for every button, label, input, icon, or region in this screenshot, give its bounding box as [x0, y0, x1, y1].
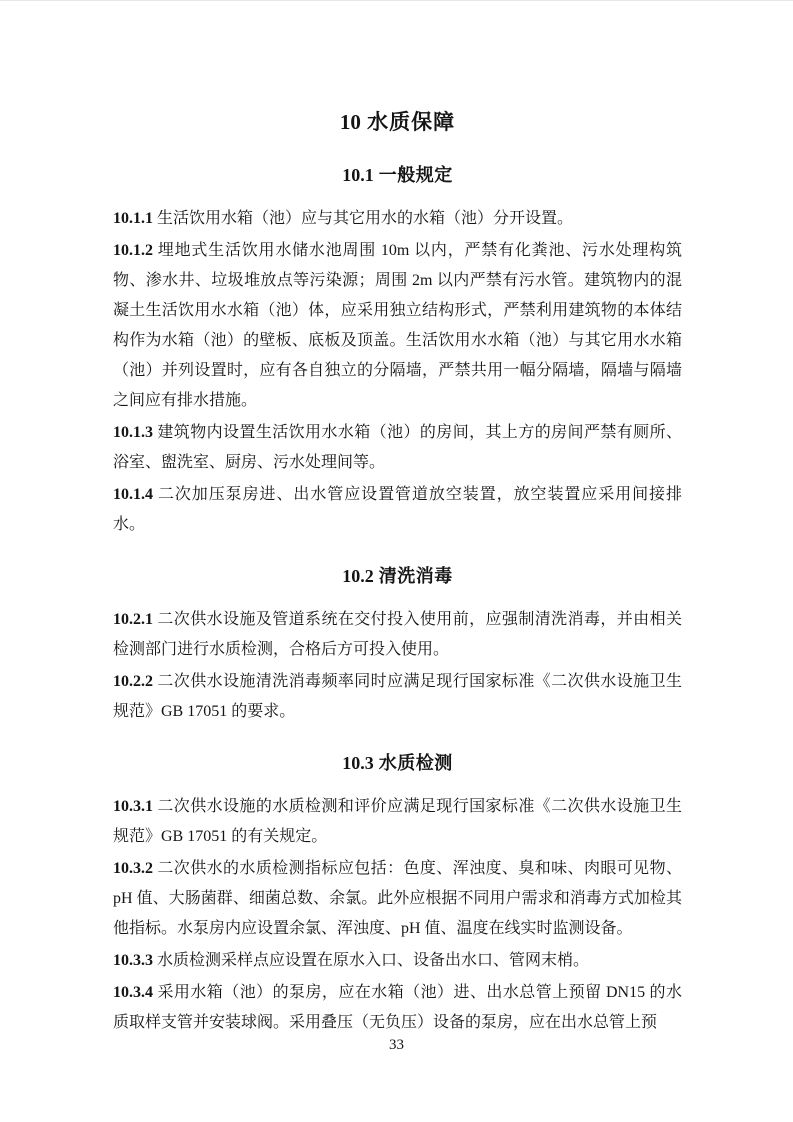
clause-text: 二次供水设施清洗消毒频率同时应满足现行国家标准《二次供水设施卫生规范》GB 17…	[113, 673, 682, 720]
clause-text: 采用水箱（池）的泵房，应在水箱（池）进、出水总管上预留 DN15 的水质取样支管…	[113, 984, 682, 1031]
clause-10-2-2: 10.2.2 二次供水设施清洗消毒频率同时应满足现行国家标准《二次供水设施卫生规…	[113, 667, 682, 727]
clause-10-3-2: 10.3.2 二次供水的水质检测指标应包括：色度、浑浊度、臭和味、肉眼可见物、p…	[113, 854, 682, 944]
clause-number: 10.1.1	[113, 210, 153, 227]
page-number: 33	[0, 1035, 793, 1055]
clause-number: 10.1.2	[113, 242, 153, 259]
clause-text: 生活饮用水箱（池）应与其它用水的水箱（池）分开设置。	[157, 210, 573, 227]
clause-text: 埋地式生活饮用水储水池周围 10m 以内，严禁有化粪池、污水处理构筑物、渗水井、…	[113, 242, 682, 409]
clause-text: 二次加压泵房进、出水管应设置管道放空装置，放空装置应采用间接排水。	[113, 486, 682, 533]
clause-number: 10.3.1	[113, 798, 153, 815]
clause-10-3-4: 10.3.4 采用水箱（池）的泵房，应在水箱（池）进、出水总管上预留 DN15 …	[113, 978, 682, 1038]
clause-10-2-1: 10.2.1 二次供水设施及管道系统在交付投入使用前，应强制清洗消毒，并由相关检…	[113, 605, 682, 665]
section-heading: 10.1 一般规定	[113, 159, 682, 192]
clause-10-1-4: 10.1.4 二次加压泵房进、出水管应设置管道放空装置，放空装置应采用间接排水。	[113, 480, 682, 540]
clause-10-1-2: 10.1.2 埋地式生活饮用水储水池周围 10m 以内，严禁有化粪池、污水处理构…	[113, 236, 682, 416]
chapter-title: 10 水质保障	[113, 1, 682, 139]
section-title-text: 水质检测	[379, 753, 453, 773]
clause-number: 10.3.3	[113, 952, 153, 969]
section-title-text: 清洗消毒	[379, 566, 453, 586]
clause-number: 10.3.2	[113, 860, 153, 877]
section-number: 10.2	[342, 566, 374, 586]
clause-10-3-3: 10.3.3 水质检测采样点应设置在原水入口、设备出水口、管网末梢。	[113, 946, 682, 976]
clause-text: 二次供水设施及管道系统在交付投入使用前，应强制清洗消毒，并由相关检测部门进行水质…	[113, 611, 682, 658]
section-water-quality-testing: 10.3 水质检测 10.3.1 二次供水设施的水质检测和评价应满足现行国家标准…	[113, 747, 682, 1038]
section-number: 10.1	[342, 165, 374, 185]
clause-10-3-1: 10.3.1 二次供水设施的水质检测和评价应满足现行国家标准《二次供水设施卫生规…	[113, 792, 682, 852]
section-title-text: 一般规定	[379, 165, 453, 185]
section-general-provisions: 10.1 一般规定 10.1.1 生活饮用水箱（池）应与其它用水的水箱（池）分开…	[113, 159, 682, 540]
chapter-number: 10	[340, 110, 361, 134]
section-number: 10.3	[342, 753, 374, 773]
clause-10-1-3: 10.1.3 建筑物内设置生活饮用水水箱（池）的房间，其上方的房间严禁有厕所、浴…	[113, 418, 682, 478]
chapter-title-text: 水质保障	[367, 111, 455, 134]
clause-text: 二次供水的水质检测指标应包括：色度、浑浊度、臭和味、肉眼可见物、pH 值、大肠菌…	[113, 860, 682, 937]
section-cleaning-disinfection: 10.2 清洗消毒 10.2.1 二次供水设施及管道系统在交付投入使用前，应强制…	[113, 560, 682, 727]
clause-text: 二次供水设施的水质检测和评价应满足现行国家标准《二次供水设施卫生规范》GB 17…	[113, 798, 682, 845]
clause-number: 10.3.4	[113, 984, 153, 1001]
clause-text: 水质检测采样点应设置在原水入口、设备出水口、管网末梢。	[157, 952, 589, 969]
clause-10-1-1: 10.1.1 生活饮用水箱（池）应与其它用水的水箱（池）分开设置。	[113, 204, 682, 234]
clause-text: 建筑物内设置生活饮用水水箱（池）的房间，其上方的房间严禁有厕所、浴室、盥洗室、厨…	[113, 424, 682, 471]
clause-number: 10.1.3	[113, 424, 153, 441]
section-heading: 10.2 清洗消毒	[113, 560, 682, 593]
section-heading: 10.3 水质检测	[113, 747, 682, 780]
clause-number: 10.1.4	[113, 486, 153, 503]
clause-number: 10.2.2	[113, 673, 153, 690]
document-page: 10 水质保障 10.1 一般规定 10.1.1 生活饮用水箱（池）应与其它用水…	[0, 0, 793, 1122]
clause-number: 10.2.1	[113, 611, 153, 628]
